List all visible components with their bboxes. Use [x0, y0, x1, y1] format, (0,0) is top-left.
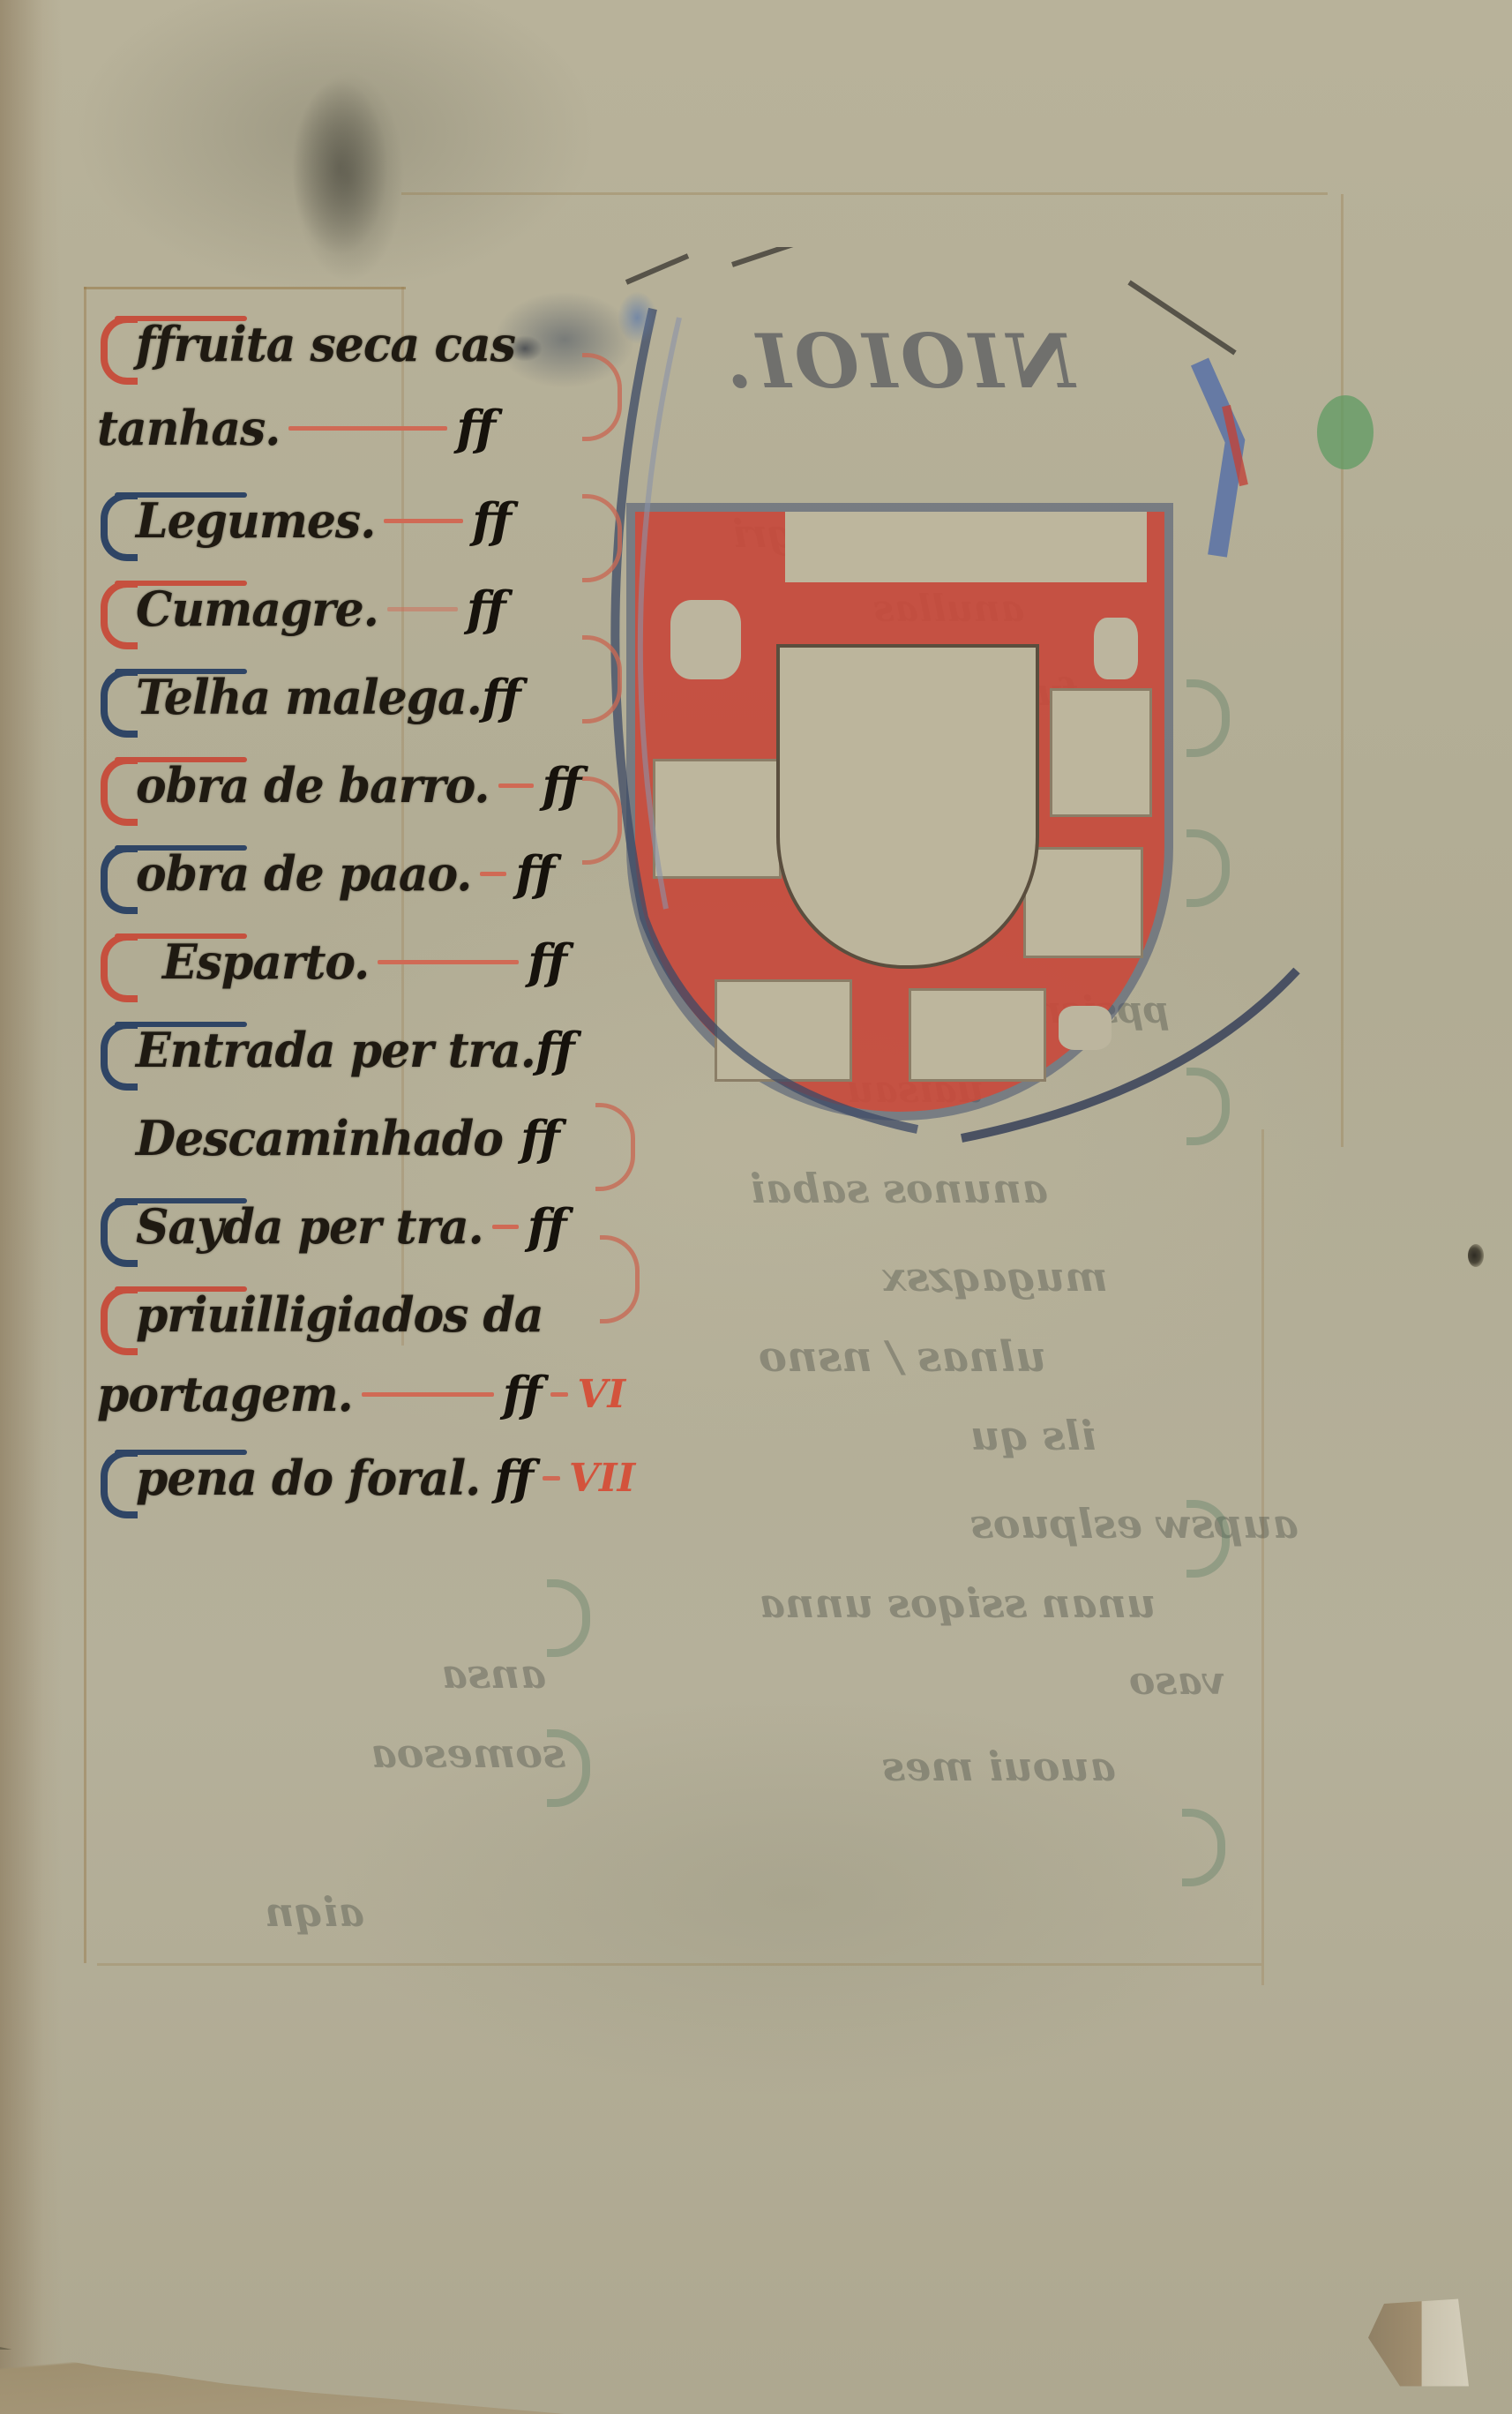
index-entry[interactable]: portagem. ff VI	[97, 1359, 625, 1429]
folio-mark: ff	[494, 1450, 534, 1506]
paraph-mark-icon	[97, 1015, 136, 1085]
folio-mark: ff	[482, 669, 521, 725]
entry-text: Telha malega.	[136, 669, 482, 725]
index-entry[interactable]: Descaminhado ff	[97, 1103, 560, 1173]
index-entry[interactable]: Legumes. ff	[97, 485, 512, 556]
ruling-frame-left	[84, 287, 406, 289]
ruling-left	[84, 287, 86, 1963]
index-entry[interactable]: priuilligiados da	[97, 1279, 543, 1350]
rubric-line	[492, 1225, 519, 1229]
rubric-line	[498, 783, 534, 788]
entry-text: obra de barro.	[136, 757, 490, 813]
bleed-line: aiqn	[265, 1888, 364, 1936]
flourish-ornament	[1164, 335, 1394, 565]
torn-lower-edge	[0, 2347, 565, 2414]
manuscript-leaf: NIOIOI. sumnisegri anullas fumas aiomaol…	[0, 0, 1512, 2414]
bracket-curl	[600, 1235, 640, 1323]
paraph-mark-icon	[97, 574, 136, 644]
rubric-line	[362, 1392, 494, 1397]
folio-mark: ff	[528, 1198, 567, 1255]
index-entry[interactable]: pena do foral. ff VII	[97, 1443, 635, 1513]
index-entry[interactable]: Sayda per tra. ff	[97, 1191, 566, 1262]
folio-number: VII	[569, 1456, 635, 1501]
index-entry[interactable]: tanhas. ff	[97, 393, 496, 463]
paraph-mark-icon	[97, 662, 136, 732]
entry-text: Descaminhado	[136, 1110, 503, 1166]
entry-text: Entrada per tra.	[136, 1022, 535, 1078]
rubric-line	[384, 519, 463, 523]
paraph-mark-icon	[97, 926, 136, 997]
water-stain	[291, 79, 388, 256]
entry-text: tanhas.	[97, 400, 280, 456]
paraph-mark-icon	[97, 838, 136, 909]
ruling-right-inner	[1261, 1129, 1264, 1985]
index-entry[interactable]: Telha malega. ff	[97, 662, 521, 732]
bleed-paraph	[547, 1729, 590, 1807]
bleed-line: ils qu	[970, 1412, 1096, 1459]
paraph-mark-icon	[97, 750, 136, 821]
bleed-paraph	[547, 1579, 590, 1657]
paraph-mark-icon	[97, 1191, 136, 1262]
entry-text: Sayda per tra.	[136, 1198, 483, 1255]
binding-edge-stain	[0, 0, 62, 2414]
paraph-mark-icon	[97, 485, 136, 556]
rubric-line	[480, 872, 506, 876]
folio-mark: ff	[528, 933, 567, 990]
index-entry[interactable]: obra de paao. ff	[97, 838, 555, 909]
rubric-line	[550, 1392, 568, 1397]
ruling-frame-bottom	[97, 1963, 1261, 1966]
bleed-line: somesoa	[371, 1729, 565, 1777]
rubric-line	[387, 607, 458, 611]
index-entry[interactable]: Cumagre. ff	[97, 574, 506, 644]
rubric-line	[288, 426, 447, 431]
entry-text: pena do foral.	[136, 1450, 480, 1506]
entry-text: obra de paao.	[136, 845, 471, 902]
folio-mark: ff	[535, 1022, 575, 1078]
bleed-line: auoui mes	[882, 1743, 1116, 1790]
bleed-line: unan ssiqos unna	[759, 1579, 1156, 1627]
rubric-line	[543, 1476, 560, 1481]
bleed-line: aupsw eslpuos	[970, 1500, 1299, 1548]
folio-mark: ff	[456, 400, 496, 456]
entry-text: Esparto.	[162, 933, 369, 990]
bleed-paraph	[1182, 1809, 1225, 1886]
torn-corner	[1363, 2294, 1469, 2391]
bleed-line: vaso	[1129, 1659, 1224, 1704]
index-entry[interactable]: ffruita seca cas	[97, 309, 515, 379]
entry-text: ffruita seca cas	[136, 316, 515, 372]
entry-text: portagem.	[97, 1366, 353, 1422]
rubric-line	[378, 960, 519, 964]
folio-mark: ff	[467, 581, 506, 637]
ruling-frame-top	[401, 192, 1328, 195]
bleed-line: ulnas / nsno	[759, 1332, 1046, 1382]
folio-mark: ff	[520, 1110, 560, 1166]
bleed-line: ansa	[441, 1650, 546, 1698]
folio-mark: ff	[543, 757, 582, 813]
index-entry[interactable]: Esparto. ff	[97, 926, 567, 997]
parchment-hole	[1468, 1244, 1484, 1267]
folio-mark: ff	[503, 1366, 543, 1422]
index-entry[interactable]: obra de barro. ff	[97, 750, 581, 821]
paraph-mark-icon	[97, 1279, 136, 1350]
paraph-mark-icon	[97, 1443, 136, 1513]
folio-mark: ff	[472, 492, 512, 549]
folio-mark: ff	[515, 845, 555, 902]
entry-text: Cumagre.	[136, 581, 378, 637]
index-entry[interactable]: Entrada per tra. ff	[97, 1015, 575, 1085]
paraph-mark-icon	[97, 309, 136, 379]
entry-text: Legumes.	[136, 492, 375, 549]
folio-number: VI	[577, 1372, 625, 1417]
bleed-line: mugaqzsx	[882, 1253, 1108, 1301]
blue-pigment-spot	[618, 291, 657, 344]
entry-text: priuilligiados da	[136, 1286, 543, 1343]
